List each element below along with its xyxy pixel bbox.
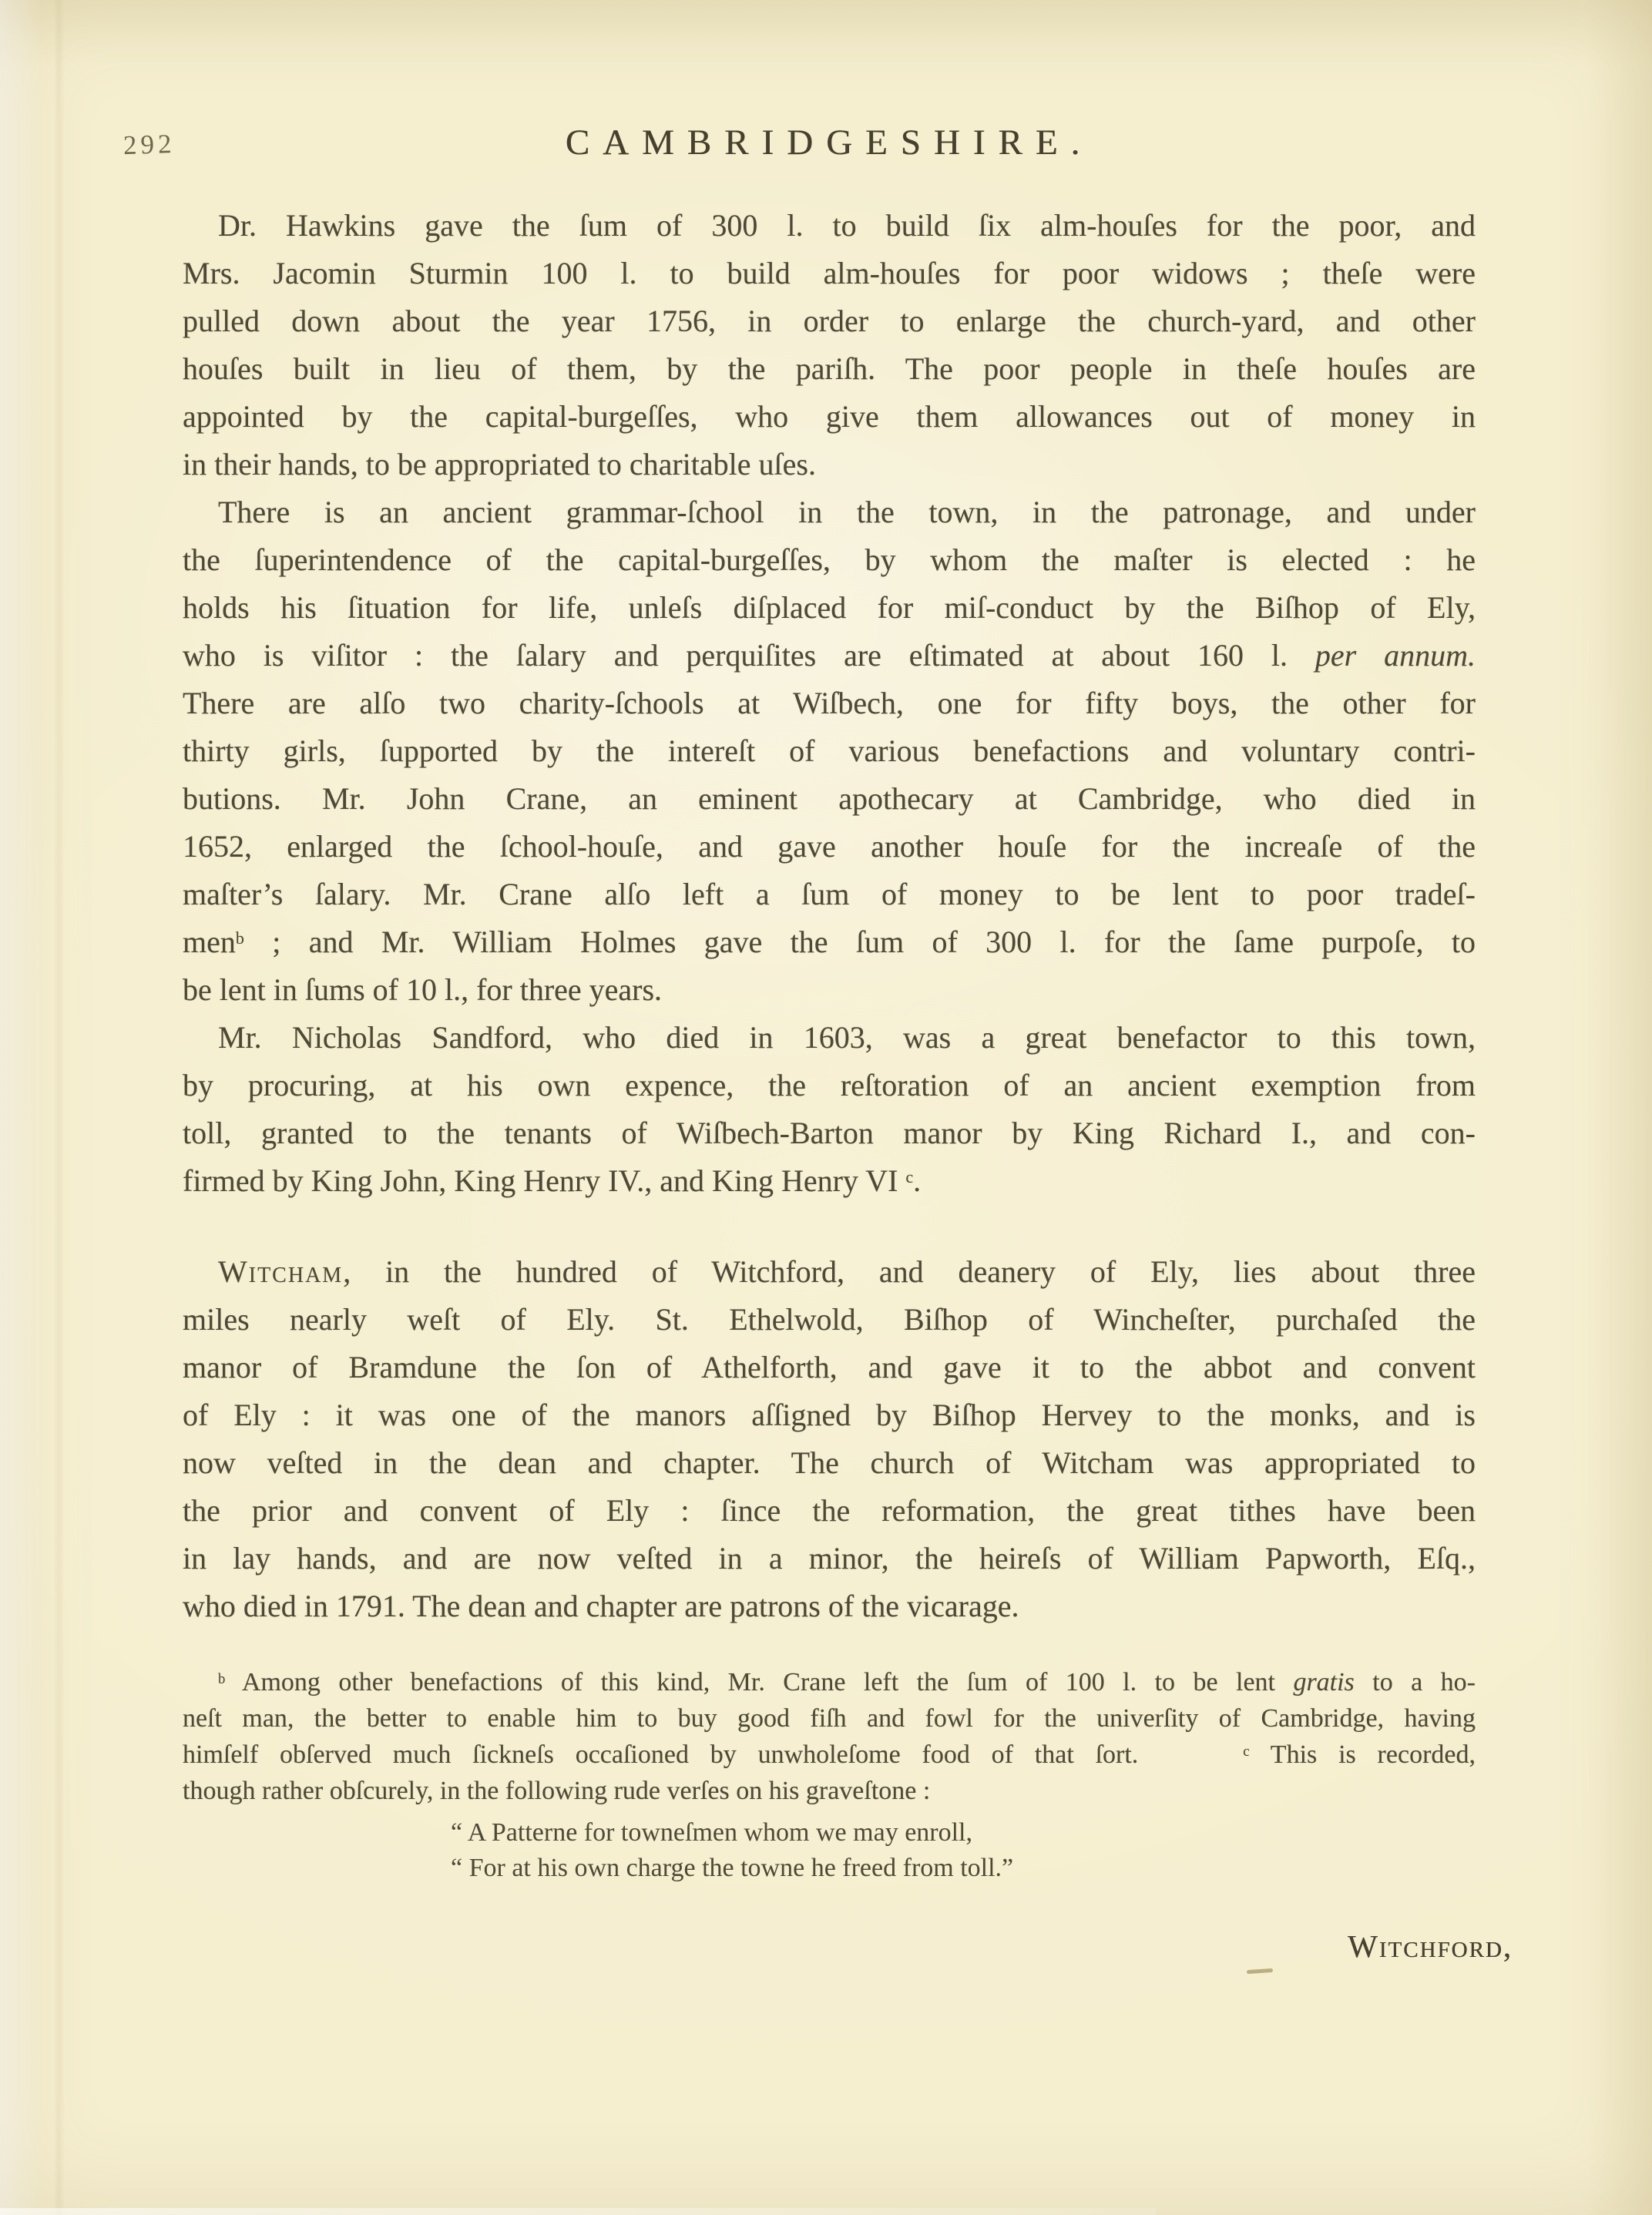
page-number: 292 (123, 129, 176, 161)
book-page: 292 CAMBRIDGESHIRE. Dr. Hawkins gave the… (0, 0, 1652, 2215)
footnote-line: himſelf obſerved much ſickneſs occaſione… (183, 1737, 1476, 1773)
body-text: Dr. Hawkins gave the ſum of 300 l. to bu… (183, 202, 1476, 1630)
text-line: toll, granted to the tenants of Wiſbech-… (183, 1109, 1476, 1157)
text-line: maſter’s ſalary. Mr. Crane alſo left a ſ… (183, 871, 1476, 918)
footnote-verses: “ A Patterne for towneſmen whom we may e… (183, 1815, 1476, 1886)
text-line: miles nearly weſt of Ely. St. Ethelwold,… (183, 1296, 1476, 1344)
verse-line: “ A Patterne for towneſmen whom we may e… (451, 1815, 1476, 1851)
text-line: who died in 1791. The dean and chapter a… (183, 1582, 1476, 1630)
text-line: Mrs. Jacomin Sturmin 100 l. to build alm… (183, 250, 1476, 297)
footnote-block: b Among other benefactions of this kind,… (183, 1664, 1476, 1809)
text-line: There is an ancient grammar-ſchool in th… (183, 488, 1476, 536)
ink-smudge-mark (1247, 1968, 1273, 1974)
text-line: pulled down about the year 1756, in orde… (183, 297, 1476, 345)
page-edge-highlight (0, 2208, 1156, 2215)
text-line: manor of Bramdune the ſon of Athelforth,… (183, 1344, 1476, 1391)
paragraph: Witcham, in the hundred of Witchford, an… (183, 1248, 1476, 1630)
running-title: CAMBRIDGESHIRE. (183, 122, 1476, 163)
text-line: now veſted in the dean and chapter. The … (183, 1439, 1476, 1487)
paragraph: Dr. Hawkins gave the ſum of 300 l. to bu… (183, 202, 1476, 488)
text-line: thirty girls, ſupported by the intereſt … (183, 727, 1476, 775)
footnote-line: though rather obſcurely, in the followin… (183, 1773, 1476, 1809)
text-line: holds his ſituation for life, unleſs diſ… (183, 584, 1476, 632)
text-line: firmed by King John, King Henry IV., and… (183, 1157, 1476, 1205)
text-line: who is viſitor : the ſalary and perquiſi… (183, 632, 1476, 680)
paragraph: Mr. Nicholas Sandford, who died in 1603,… (183, 1014, 1476, 1205)
footnote-line: neſt man, the better to enable him to bu… (183, 1700, 1476, 1737)
text-line: Dr. Hawkins gave the ſum of 300 l. to bu… (183, 202, 1476, 250)
catchword: Witchford, (1348, 1928, 1513, 1965)
text-line: in lay hands, and are now veſted in a mi… (183, 1535, 1476, 1582)
text-line: by procuring, at his own expence, the re… (183, 1062, 1476, 1109)
text-line: houſes built in lieu of them, by the par… (183, 345, 1476, 393)
footnote-line: b Among other benefactions of this kind,… (183, 1664, 1476, 1700)
text-line: be lent in ſums of 10 l., for three year… (183, 966, 1476, 1014)
text-line: of Ely : it was one of the manors aſſign… (183, 1391, 1476, 1439)
text-line: butions. Mr. John Crane, an eminent apot… (183, 775, 1476, 823)
text-line: the prior and convent of Ely : ſince the… (183, 1487, 1476, 1535)
text-line: Mr. Nicholas Sandford, who died in 1603,… (183, 1014, 1476, 1062)
page-content: Dr. Hawkins gave the ſum of 300 l. to bu… (183, 202, 1476, 1886)
text-line: appointed by the capital-burgeſſes, who … (183, 393, 1476, 441)
text-line: in their hands, to be appropriated to ch… (183, 441, 1476, 488)
text-line: There are alſo two charity-ſchools at Wi… (183, 680, 1476, 727)
text-line: 1652, enlarged the ſchool-houſe, and gav… (183, 823, 1476, 871)
text-line: Witcham, in the hundred of Witchford, an… (183, 1248, 1476, 1296)
paragraph: There is an ancient grammar-ſchool in th… (183, 488, 1476, 1014)
text-line: the ſuperintendence of the capital-burge… (183, 536, 1476, 584)
verse-line: “ For at his own charge the towne he fre… (451, 1851, 1476, 1886)
footnotes: b Among other benefactions of this kind,… (183, 1664, 1476, 1886)
text-line: menb ; and Mr. William Holmes gave the ſ… (183, 918, 1476, 966)
